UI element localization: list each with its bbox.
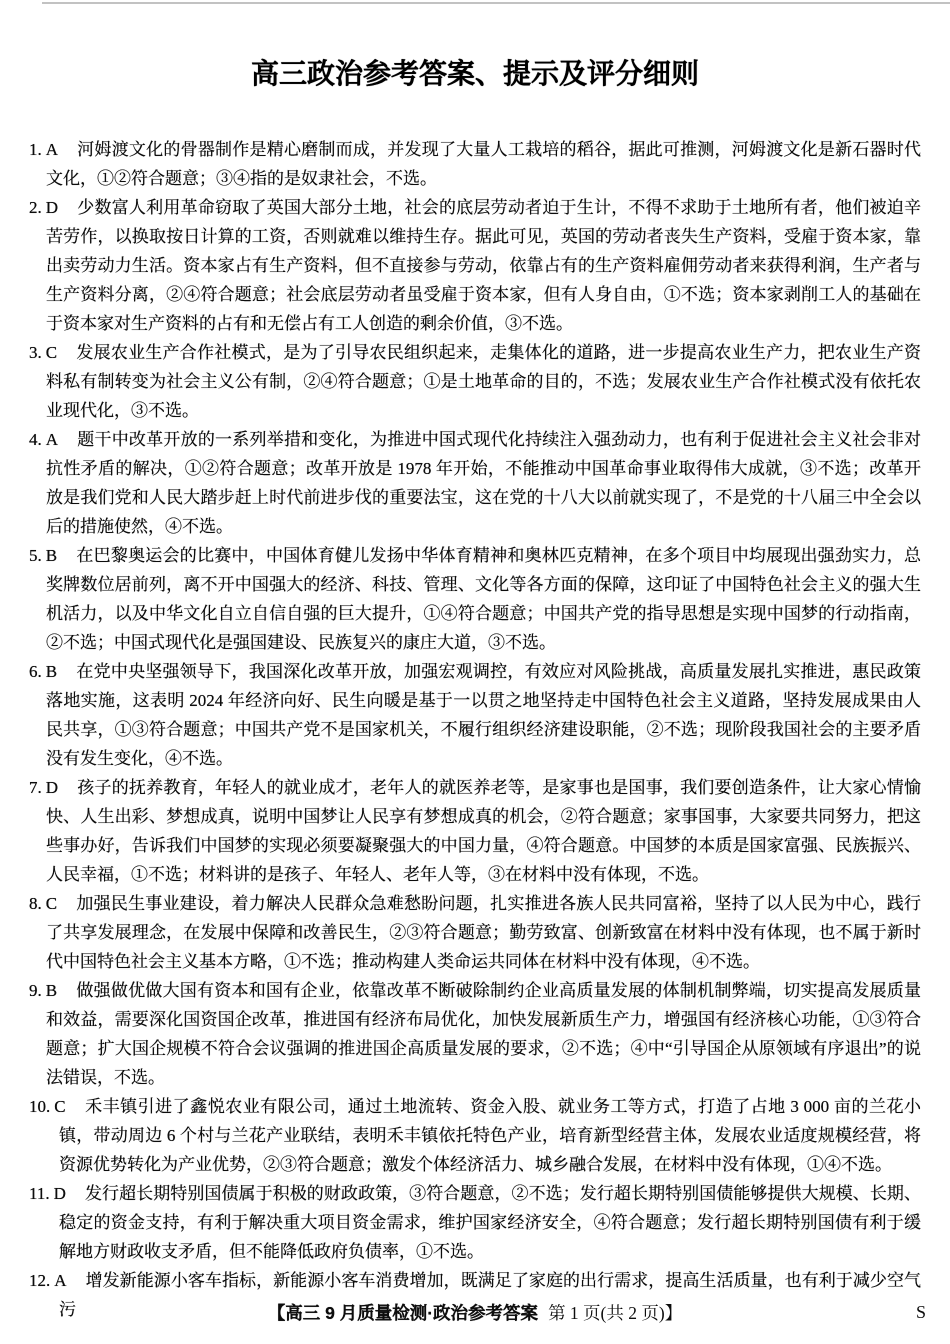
answer-item: 11.D发行超长期特别国债属于积极的财政政策，③符合题意，②不选；发行超长期特别…	[29, 1179, 921, 1266]
answer-explanation: 禾丰镇引进了鑫悦农业有限公司，通过土地流转、资金入股、就业务工等方式，打造了占地…	[59, 1097, 921, 1174]
answer-letter: A	[46, 430, 58, 449]
answer-explanation: 发行超长期特别国债属于积极的财政政策，③符合题意，②不选；发行超长期特别国债能够…	[59, 1184, 921, 1261]
answer-item: 8.C加强民生事业建设，着力解决人民群众急难愁盼问题，扎实推进各族人民共同富裕，…	[29, 889, 921, 976]
question-number: 8.	[29, 894, 42, 913]
page-footer: 【高三 9 月质量检测·政治参考答案第 1 页(共 2 页)】 S	[0, 1300, 950, 1325]
page-title: 高三政治参考答案、提示及评分细则	[0, 52, 950, 92]
answer-letter: D	[46, 198, 58, 217]
answer-item: 4.A题干中改革开放的一系列举措和变化，为推进中国式现代化持续注入强劲动力，也有…	[29, 425, 921, 541]
footer-exam-label: 【高三 9 月质量检测·政治参考答案	[268, 1303, 538, 1323]
answer-letter: C	[46, 894, 57, 913]
answer-explanation: 题干中改革开放的一系列举措和变化，为推进中国式现代化持续注入强劲动力，也有利于促…	[46, 430, 921, 536]
answer-explanation: 加强民生事业建设，着力解决人民群众急难愁盼问题，扎实推进各族人民共同富裕，坚持了…	[46, 894, 921, 971]
answer-explanation: 孩子的抚养教育，年轻人的就业成才，老年人的就医养老等，是家事也是国事，我们要创造…	[46, 778, 921, 884]
answer-letter: B	[46, 662, 57, 681]
answer-letter: D	[54, 1184, 66, 1203]
question-number: 3.	[29, 343, 42, 362]
answer-explanation: 河姆渡文化的骨器制作是精心磨制而成，并发现了大量人工栽培的稻谷，据此可推测，河姆…	[46, 140, 921, 188]
question-number: 1.	[29, 140, 42, 159]
answer-letter: A	[54, 1271, 66, 1290]
question-number: 10.	[29, 1097, 50, 1116]
answer-explanation: 在党中央坚强领导下，我国深化改革开放，加强宏观调控，有效应对风险挑战，高质量发展…	[46, 662, 921, 768]
answer-item: 3.C发展农业生产合作社模式，是为了引导农民组织起来，走集体化的道路，进一步提高…	[29, 338, 921, 425]
footer-version-mark: S	[916, 1302, 926, 1323]
answer-item: 7.D孩子的抚养教育，年轻人的就业成才，老年人的就医养老等，是家事也是国事，我们…	[29, 773, 921, 889]
question-number: 2.	[29, 198, 42, 217]
question-number: 7.	[29, 778, 42, 797]
question-number: 5.	[29, 546, 42, 565]
exam-answer-key-page: 高三政治参考答案、提示及评分细则 1.A河姆渡文化的骨器制作是精心磨制而成，并发…	[0, 0, 950, 1344]
scan-artifact-line	[42, 2, 950, 4]
answer-item: 10.C禾丰镇引进了鑫悦农业有限公司，通过土地流转、资金入股、就业务工等方式，打…	[29, 1092, 921, 1179]
question-number: 6.	[29, 662, 42, 681]
question-number: 12.	[29, 1271, 50, 1290]
answer-item: 1.A河姆渡文化的骨器制作是精心磨制而成，并发现了大量人工栽培的稻谷，据此可推测…	[29, 135, 921, 193]
answer-item: 9.B做强做优做大国有资本和国有企业，依靠改革不断破除制约企业高质量发展的体制机…	[29, 976, 921, 1092]
answer-letter: D	[46, 778, 58, 797]
answer-explanation: 在巴黎奥运会的比赛中，中国体育健儿发扬中华体育精神和奥林匹克精神，在多个项目中均…	[46, 546, 921, 652]
question-number: 11.	[29, 1184, 50, 1203]
answer-letter: B	[46, 981, 57, 1000]
answer-letter: B	[46, 546, 57, 565]
answer-item: 2.D少数富人利用革命窃取了英国大部分土地，社会的底层劳动者迫于生计，不得不求助…	[29, 193, 921, 338]
footer-page-label: 第 1 页(共 2 页)】	[548, 1303, 682, 1323]
answer-letter: A	[46, 140, 58, 159]
answer-item: 6.B在党中央坚强领导下，我国深化改革开放，加强宏观调控，有效应对风险挑战，高质…	[29, 657, 921, 773]
answer-explanation: 做强做优做大国有资本和国有企业，依靠改革不断破除制约企业高质量发展的体制机制弊端…	[46, 981, 921, 1087]
answer-letter: C	[46, 343, 57, 362]
answer-letter: C	[54, 1097, 65, 1116]
question-number: 9.	[29, 981, 42, 1000]
answer-item: 5.B在巴黎奥运会的比赛中，中国体育健儿发扬中华体育精神和奥林匹克精神，在多个项…	[29, 541, 921, 657]
answer-explanation: 少数富人利用革命窃取了英国大部分土地，社会的底层劳动者迫于生计，不得不求助于土地…	[46, 198, 921, 333]
answer-list: 1.A河姆渡文化的骨器制作是精心磨制而成，并发现了大量人工栽培的稻谷，据此可推测…	[29, 135, 921, 1324]
answer-explanation: 发展农业生产合作社模式，是为了引导农民组织起来，走集体化的道路，进一步提高农业生…	[46, 343, 921, 420]
question-number: 4.	[29, 430, 42, 449]
